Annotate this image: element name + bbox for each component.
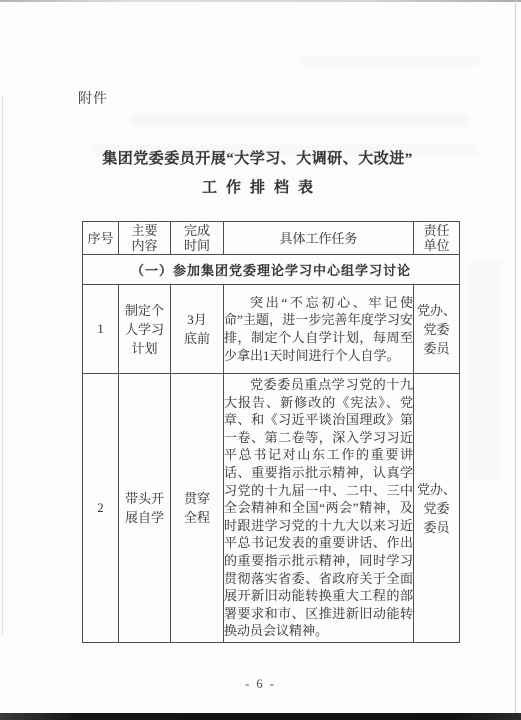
- scan-edge-top: [0, 0, 521, 2]
- row2-main-content: 带头开 展自学: [119, 374, 171, 643]
- scan-bleedthrough-artifact: [300, 56, 480, 66]
- table-row: 2 带头开 展自学 贯穿 全程 党委委员重点学习党的十九大报告、新修改的《宪法》…: [83, 374, 460, 643]
- attachment-label: 附件: [78, 88, 108, 108]
- work-schedule-table: 序号 主要 内容 完成 时间 具体工作任务 责任 单位 （一）参加集团党委理论学…: [82, 221, 460, 643]
- scan-bleedthrough-artifact: [468, 260, 502, 480]
- scan-bleedthrough-artifact: [130, 115, 470, 127]
- row1-responsible-unit: 党办、 党委 委员: [414, 285, 460, 374]
- scanned-document-page: 附件 集团党委委员开展“大学习、大调研、大改进” 工作排档表 序号 主要 内容 …: [0, 0, 521, 720]
- row2-completion-time: 贯穿 全程: [171, 374, 224, 643]
- table-row: 1 制定个 人学习 计划 3月 底前 突出“不忘初心、牢记使命”主题，进一步完善…: [83, 285, 460, 374]
- row2-serial-no: 2: [83, 374, 119, 643]
- col-header-main-content: 主要 内容: [119, 222, 171, 255]
- table-header-row: 序号 主要 内容 完成 时间 具体工作任务 责任 单位: [83, 222, 460, 255]
- col-header-specific-tasks: 具体工作任务: [224, 222, 414, 255]
- row2-responsible-unit: 党办、 党委 委员: [414, 374, 460, 643]
- row1-task-text: 突出“不忘初心、牢记使命”主题，进一步完善年度学习安排，制定个人自学计划，每周至…: [224, 285, 414, 374]
- document-title-line1: 集团党委委员开展“大学习、大调研、大改进”: [0, 147, 515, 168]
- row1-main-content: 制定个 人学习 计划: [119, 285, 171, 374]
- row1-completion-time: 3月 底前: [171, 285, 224, 374]
- document-title: 集团党委委员开展“大学习、大调研、大改进” 工作排档表: [0, 147, 515, 197]
- document-title-line2: 工作排档表: [0, 176, 521, 197]
- page-number: - 6 -: [0, 677, 521, 692]
- scan-edge-right: [515, 0, 516, 713]
- section-header-text: （一）参加集团党委理论学习中心组学习讨论: [83, 255, 460, 285]
- col-header-responsible-unit: 责任 单位: [414, 222, 460, 255]
- table-section-row: （一）参加集团党委理论学习中心组学习讨论: [83, 255, 460, 285]
- col-header-completion-time: 完成 时间: [171, 222, 224, 255]
- row2-task-text: 党委委员重点学习党的十九大报告、新修改的《宪法》、党章、和《习近平谈治国理政》第…: [224, 374, 414, 643]
- col-header-serial-no: 序号: [83, 222, 119, 255]
- row1-serial-no: 1: [83, 285, 119, 374]
- scan-edge-bottom: [0, 713, 521, 720]
